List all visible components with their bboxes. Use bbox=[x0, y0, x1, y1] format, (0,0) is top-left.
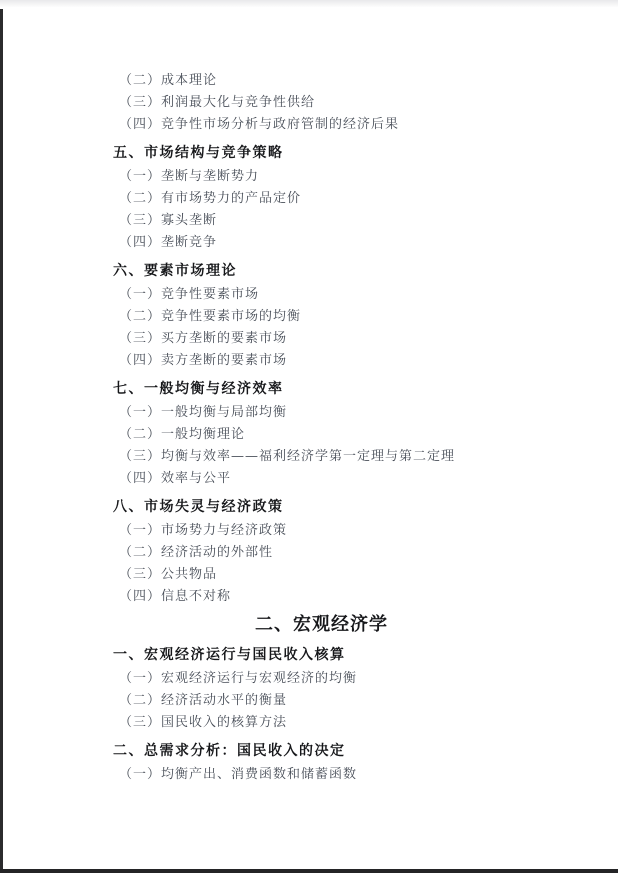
outline-item: （一）宏观经济运行与宏观经济的均衡 bbox=[119, 668, 530, 690]
outline-item: （三）买方垄断的要素市场 bbox=[119, 328, 530, 350]
outline-item: （三）公共物品 bbox=[119, 564, 530, 586]
outline-item: （二）一般均衡理论 bbox=[119, 424, 530, 446]
outline-item: （四）竞争性市场分析与政府管制的经济后果 bbox=[119, 114, 530, 136]
outline-item: （二）经济活动水平的衡量 bbox=[119, 690, 530, 712]
outline-item: （二）经济活动的外部性 bbox=[119, 542, 530, 564]
section-heading: 七、一般均衡与经济效率 bbox=[113, 378, 530, 400]
outline-item: （一）垄断与垄断势力 bbox=[119, 166, 530, 188]
outline-item: （三）利润最大化与竞争性供给 bbox=[119, 92, 530, 114]
section-heading: 八、市场失灵与经济政策 bbox=[113, 496, 530, 518]
outline-item: （二）有市场势力的产品定价 bbox=[119, 188, 530, 210]
document-page: （二）成本理论（三）利润最大化与竞争性供给（四）竞争性市场分析与政府管制的经济后… bbox=[0, 0, 618, 873]
page-top-edge-shadow bbox=[0, 0, 618, 7]
section-heading: 六、要素市场理论 bbox=[113, 260, 530, 282]
outline-item: （四）效率与公平 bbox=[119, 468, 530, 490]
outline-item: （一）均衡产出、消费函数和储蓄函数 bbox=[119, 764, 530, 786]
outline-item: （一）一般均衡与局部均衡 bbox=[119, 402, 530, 424]
outline-item: （二）成本理论 bbox=[119, 70, 530, 92]
outline-item: （四）卖方垄断的要素市场 bbox=[119, 350, 530, 372]
outline-item: （一）竞争性要素市场 bbox=[119, 284, 530, 306]
outline-item: （四）信息不对称 bbox=[119, 586, 530, 608]
section-heading: 五、市场结构与竞争策略 bbox=[113, 142, 530, 164]
outline-item: （四）垄断竞争 bbox=[119, 232, 530, 254]
outline-item: （三）均衡与效率——福利经济学第一定理与第二定理 bbox=[119, 446, 530, 468]
chapter-title: 二、宏观经济学 bbox=[113, 612, 530, 638]
outline-item: （三）寡头垄断 bbox=[119, 210, 530, 232]
outline-item: （一）市场势力与经济政策 bbox=[119, 520, 530, 542]
page-bottom-edge-border bbox=[0, 869, 618, 873]
section-heading: 二、总需求分析：国民收入的决定 bbox=[113, 740, 530, 762]
outline-item: （二）竞争性要素市场的均衡 bbox=[119, 306, 530, 328]
section-heading: 一、宏观经济运行与国民收入核算 bbox=[113, 644, 530, 666]
outline-item: （三）国民收入的核算方法 bbox=[119, 712, 530, 734]
document-content: （二）成本理论（三）利润最大化与竞争性供给（四）竞争性市场分析与政府管制的经济后… bbox=[0, 70, 618, 786]
